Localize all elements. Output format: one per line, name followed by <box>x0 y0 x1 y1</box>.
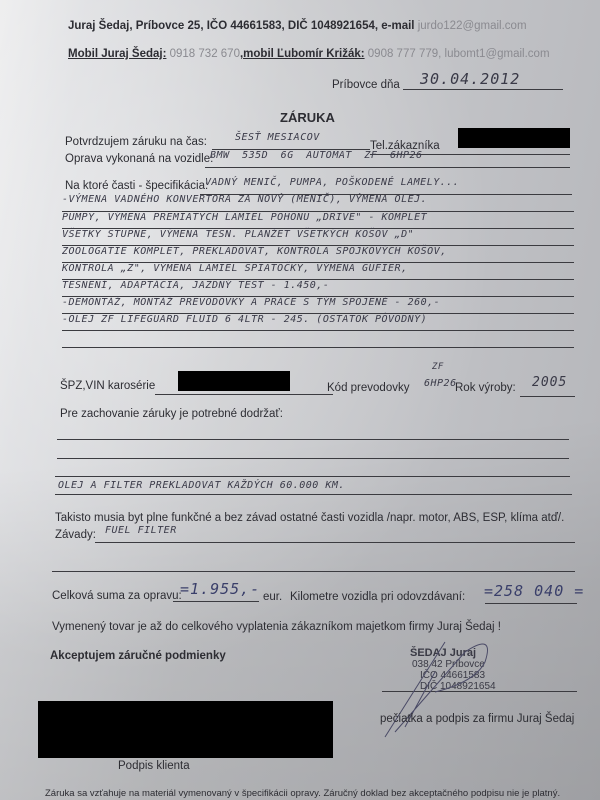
parts-line-5: kontrola „Z", výmena lamiel spiatočky, v… <box>62 263 408 274</box>
document-title: ZÁRUKA <box>280 110 335 125</box>
total-value: =1.955,- <box>180 580 260 598</box>
mobile-2: 0908 777 779, <box>368 48 442 60</box>
date-line <box>403 89 563 90</box>
defects-value: Fuel filter <box>105 525 177 536</box>
redacted-phone <box>458 128 570 148</box>
mobile-label-2: ,mobil Ľubomír Križák: <box>240 48 365 60</box>
gearbox-note: ZF <box>432 362 444 372</box>
rule-line <box>62 330 574 331</box>
maintain-label: Pre zachovanie záruky je potrebné dodrža… <box>60 408 283 420</box>
defects-line <box>95 542 575 543</box>
parts-line-8: -olej ZF Lifeguard Fluid 6 4ltr - 245. (… <box>62 314 427 325</box>
rule-line <box>57 458 569 459</box>
redacted-vin <box>178 371 290 391</box>
spz-label: ŠPZ,VIN karosérie <box>60 380 155 392</box>
maintain-value: Olej a filter prekladovat každých 60.000… <box>58 480 345 491</box>
mobile-1: 0918 732 670 <box>170 48 240 60</box>
gearbox-value: 6HP26 <box>424 378 457 389</box>
km-value: =258 040 = <box>484 582 584 600</box>
company-email: jurdo122@gmail.com <box>418 20 527 32</box>
parts-line-1: -Výmena vadného konvertora za nový (meni… <box>62 194 427 205</box>
footer-note: Záruka sa vzťahuje na materiál vymenovan… <box>45 788 560 799</box>
vehicle-line <box>205 167 570 168</box>
rule-line <box>62 347 574 348</box>
client-sign-label: Podpis klienta <box>118 760 190 772</box>
vehicle-value: BMW 535d 6G automat ZF 6HP26 <box>210 150 423 161</box>
parts-line-0: Vadný menič, pumpa, poškodené lamely... <box>205 177 459 188</box>
year-label: Rok výroby: <box>455 382 516 394</box>
company-header: Juraj Šedaj, Príbovce 25, IČO 44661583, … <box>68 20 527 32</box>
warranty-period-label: Potvrdzujem záruku na čas: <box>65 136 207 148</box>
gearbox-label: Kód prevodovky <box>327 382 409 394</box>
currency: eur. <box>263 591 282 603</box>
defects-label: Závady: <box>55 529 96 541</box>
date-value: 30.04.2012 <box>420 70 520 88</box>
mobile-header: Mobil Juraj Šedaj: 0918 732 670,mobil Ľu… <box>68 48 550 60</box>
spz-line <box>155 394 333 395</box>
rule-line <box>55 494 572 495</box>
redacted-client-signature <box>38 701 333 758</box>
vehicle-label: Oprava vykonaná na vozidle: <box>65 153 213 165</box>
company-signature <box>375 632 515 742</box>
km-line <box>485 603 577 604</box>
company-line: Juraj Šedaj, Príbovce 25, IČO 44661583, … <box>68 20 415 32</box>
condition-text: Takisto musia byt plne funkčné a bez záv… <box>55 512 564 524</box>
warranty-period-value: Šesť mesiacov <box>235 132 320 143</box>
parts-line-2: pumpy, výmena premiatych lamiel pohonu „… <box>62 212 427 223</box>
rule-line <box>55 476 570 477</box>
rule-line <box>57 439 569 440</box>
mobile-label-1: Mobil Juraj Šedaj: <box>68 48 166 60</box>
rule-line <box>52 571 575 572</box>
total-line <box>173 601 259 602</box>
email-2: lubomt1@gmail.com <box>445 48 550 60</box>
parts-line-3: všetky stupne, výmena tesn. planžet všet… <box>62 229 414 240</box>
company-sign-label: pečiatka a podpis za firmu Juraj Šedaj <box>380 713 574 725</box>
accept-label: Akceptujem záručné podmienky <box>50 650 226 662</box>
parts-line-6: tesnení, adaptácia, jazdný test - 1.450,… <box>62 280 329 291</box>
total-label: Celková suma za opravu: <box>52 590 182 602</box>
year-line <box>520 396 575 397</box>
parts-line-7: -Demontáž, montáž prevodovky a práce s t… <box>62 297 440 308</box>
parts-line-4: zoologatie komplet, prekladovat, kontrol… <box>62 246 447 257</box>
year-value: 2005 <box>532 375 567 390</box>
parts-label: Na ktoré časti - špecifikácia: <box>65 180 208 192</box>
km-label: Kilometre vozidla pri odovzdávaní: <box>290 591 465 603</box>
place-label: Príbovce dňa <box>332 79 400 91</box>
